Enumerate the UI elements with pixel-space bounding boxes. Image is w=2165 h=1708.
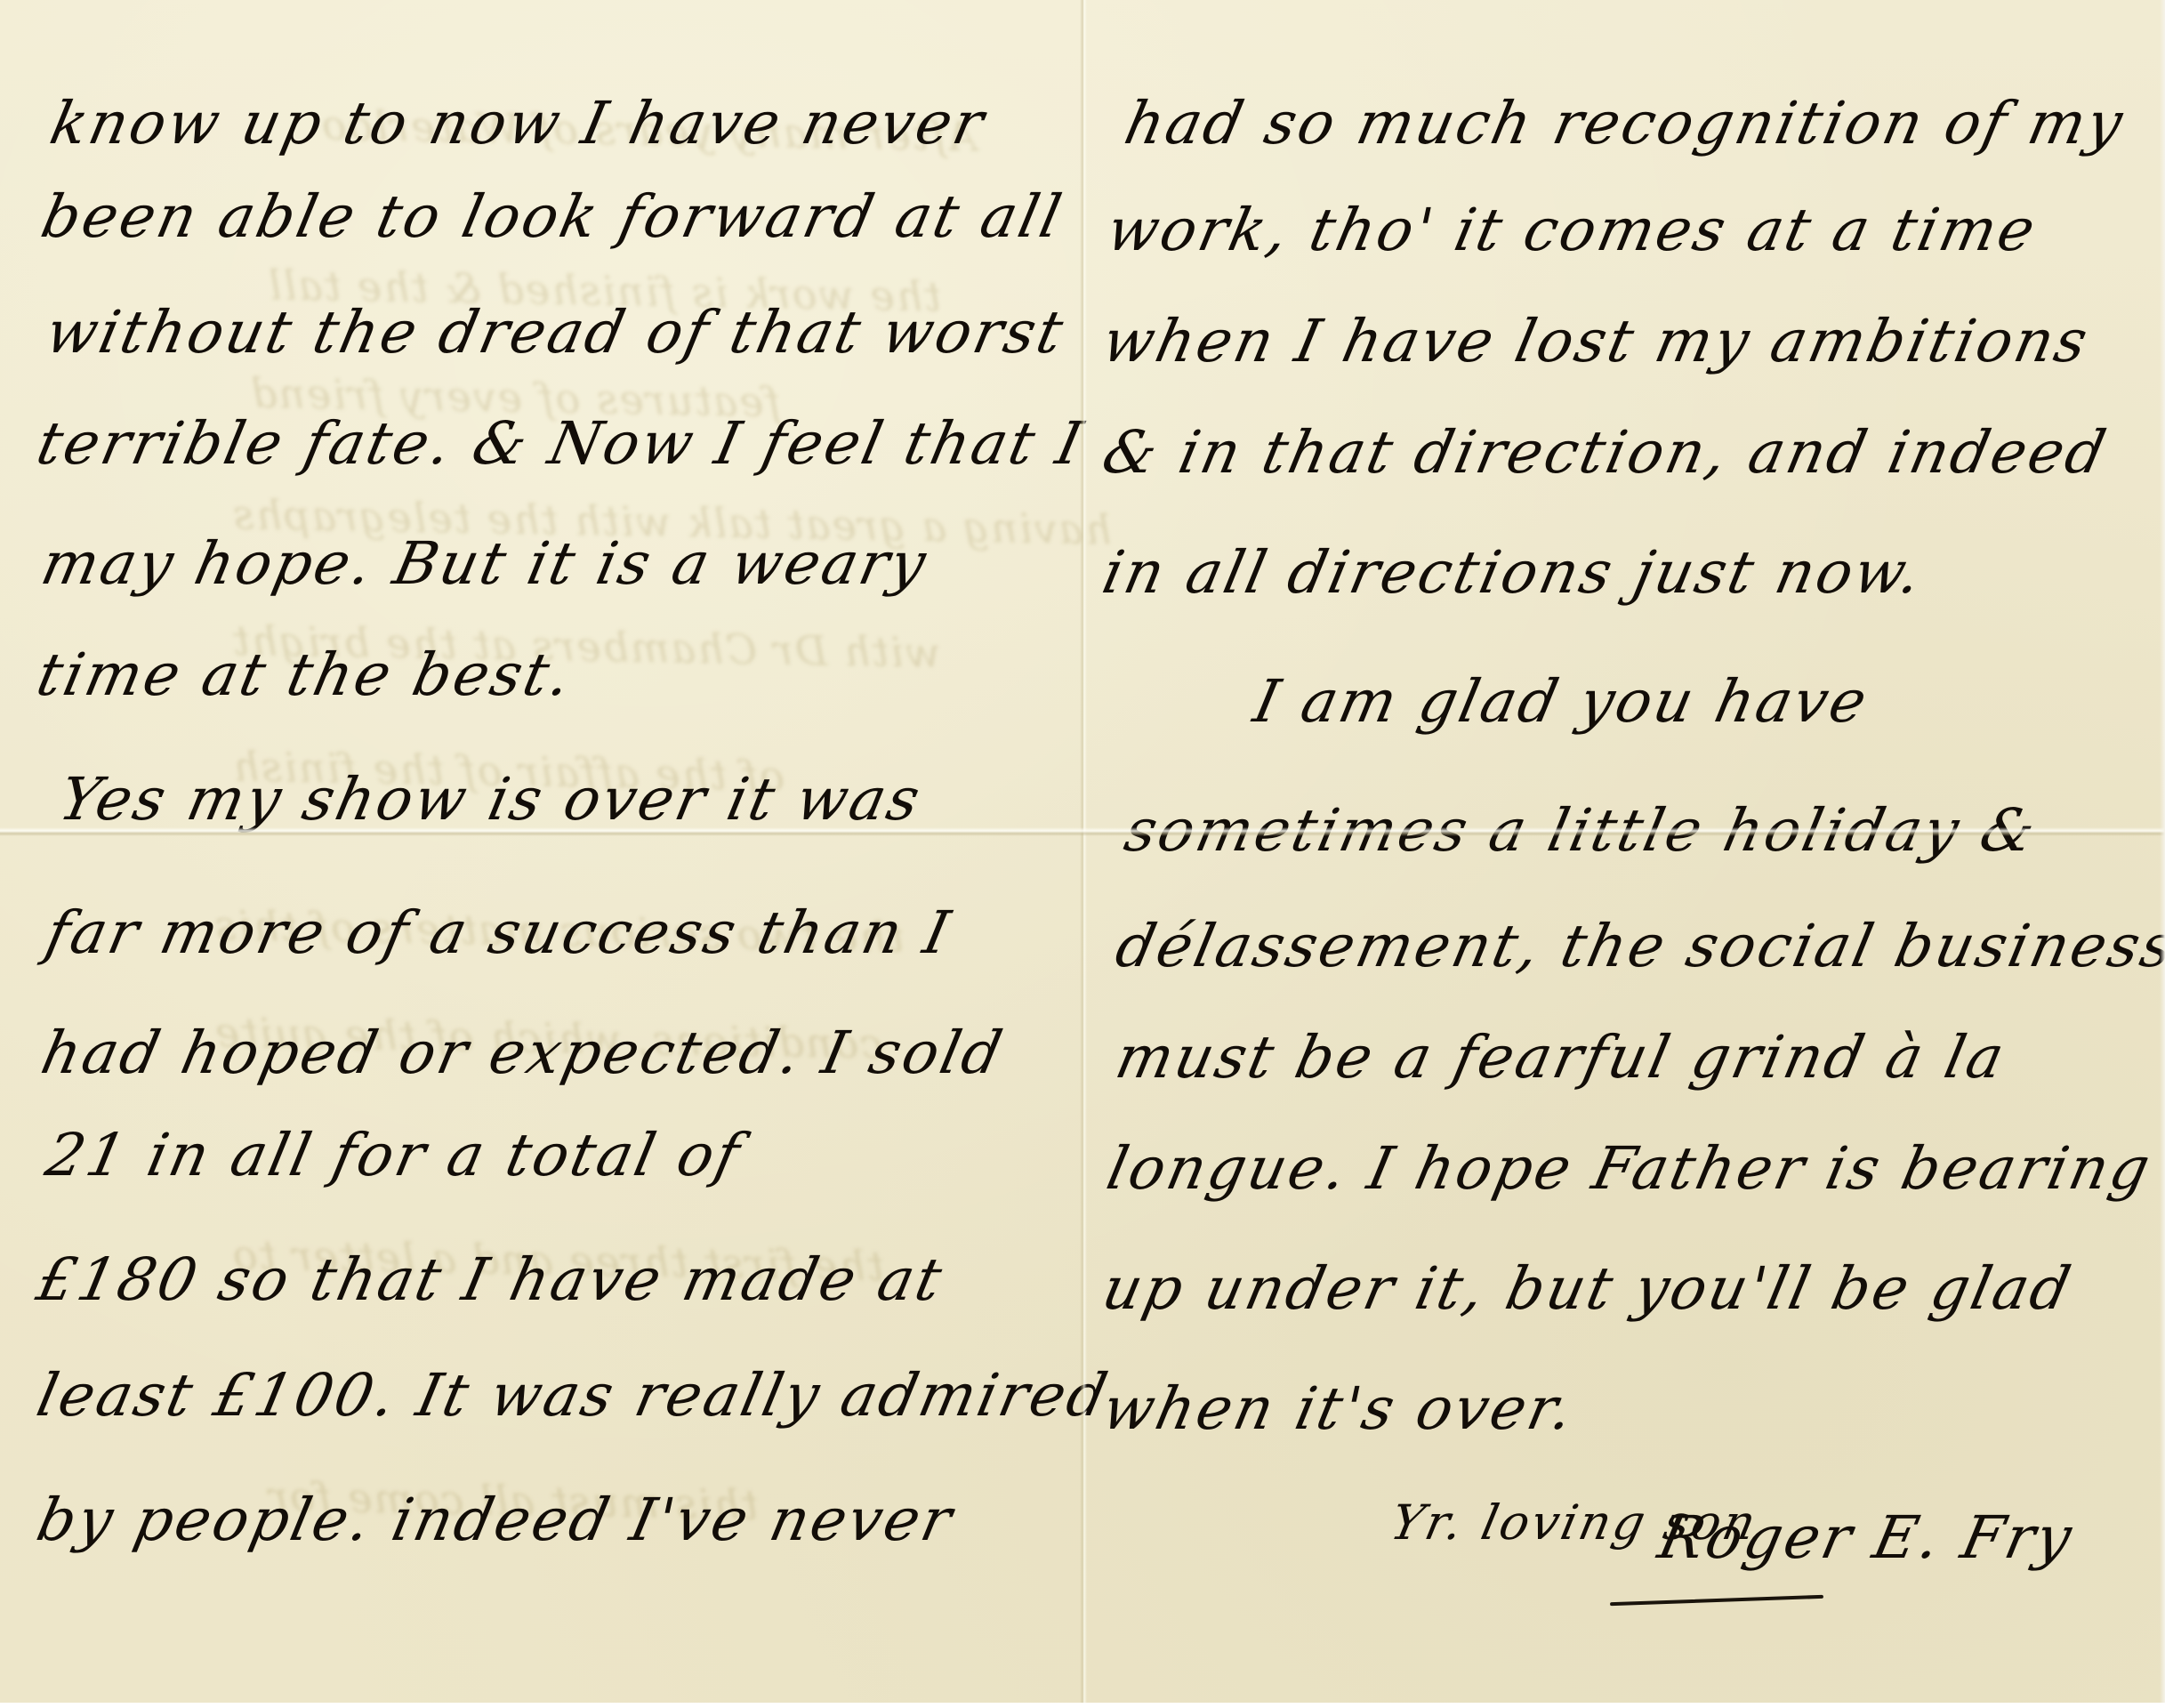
letter-line: & in that direction, and indeed bbox=[1097, 418, 2114, 487]
horizontal-crease bbox=[0, 827, 2165, 836]
center-fold bbox=[1080, 0, 1087, 1708]
letter-line: may hope. But it is a weary bbox=[36, 529, 934, 598]
letter-line: when I have lost my ambitions bbox=[1097, 307, 2096, 375]
right-page: had so much recognition of my work, tho'… bbox=[1083, 0, 2165, 1708]
letter-line: without the dread of that worst bbox=[40, 298, 1071, 367]
letter-line: in all directions just now. bbox=[1097, 538, 1929, 607]
paper-edge-bottom bbox=[0, 1703, 2165, 1708]
letter-line: had so much recognition of my bbox=[1119, 89, 2131, 157]
letter-line: been able to look forward at all bbox=[36, 182, 1070, 251]
letter-line: by people. indeed I've never bbox=[31, 1486, 961, 1554]
letter-line: longue. I hope Father is bearing bbox=[1101, 1134, 2158, 1203]
letter-line: 21 in all for a total of bbox=[40, 1121, 748, 1189]
paper-edge-right bbox=[2160, 0, 2165, 1708]
letter-line: up under it, but you'll be glad bbox=[1097, 1254, 2079, 1323]
left-page: know up to now I have never been able to… bbox=[0, 0, 1083, 1708]
letter-line: least £100. It was really admired bbox=[31, 1361, 1115, 1430]
letter-line: work, tho' it comes at a time bbox=[1101, 196, 2043, 264]
signature: Roger E. Fry bbox=[1653, 1503, 2080, 1572]
letter-line: must be a fearful grind à la bbox=[1110, 1023, 2012, 1092]
letter-line: délassement, the social business bbox=[1110, 912, 2165, 980]
letter-line: I am glad you have bbox=[1248, 667, 1875, 736]
letter-line: when it's over. bbox=[1097, 1374, 1581, 1443]
letter-scan: After many years of Waterloo the work is… bbox=[0, 0, 2165, 1708]
letter-line: £180 so that I have made at bbox=[31, 1245, 950, 1314]
letter-line: Yes my show is over it was bbox=[53, 765, 928, 834]
letter-line: terrible fate. & Now I feel that I bbox=[31, 409, 1091, 478]
letter-line: know up to now I have never bbox=[44, 89, 992, 157]
letter-line: time at the best. bbox=[31, 640, 579, 709]
letter-line: had hoped or expected. I sold bbox=[36, 1019, 1010, 1087]
letter-line: far more of a success than I bbox=[40, 898, 958, 967]
